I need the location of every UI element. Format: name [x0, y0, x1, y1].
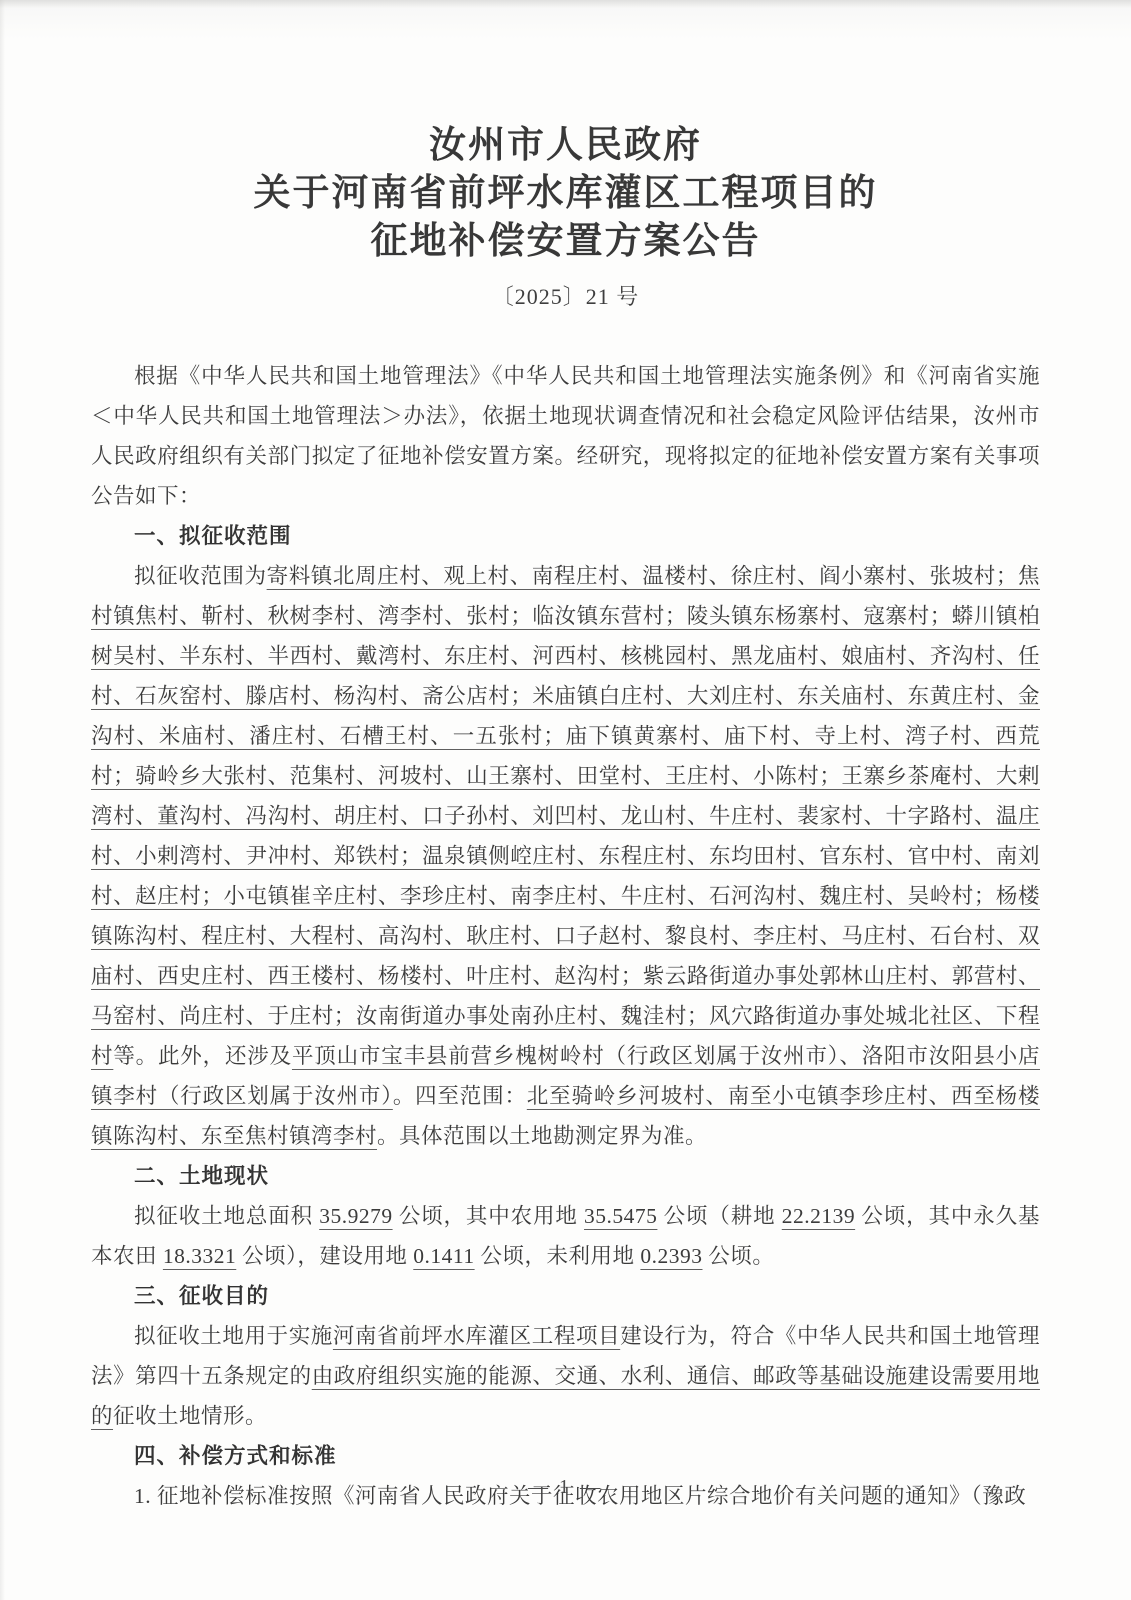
underlined-text: 河南省前坪水库灌区工程项目: [333, 1324, 620, 1348]
text-run: 公顷），建设用地: [236, 1244, 413, 1268]
section-heading: 四、补偿方式和标准: [91, 1436, 1040, 1476]
text-run: 。四至范围：: [393, 1084, 527, 1108]
underlined-text: 寄料镇北周庄村、观上村、南程庄村、温楼村、徐庄村、阎小寨村、张坡村；焦村镇焦村、…: [91, 564, 1040, 1068]
text-run: 公顷（耕地: [657, 1204, 781, 1228]
title-line-subject: 关于河南省前坪水库灌区工程项目的: [91, 170, 1040, 218]
underlined-text: 0.2393: [640, 1244, 702, 1268]
text-run: 征收土地情形。: [113, 1404, 267, 1428]
document-title-block: 汝州市人民政府 关于河南省前坪水库灌区工程项目的 征地补偿安置方案公告 〔202…: [91, 122, 1040, 312]
title-line-notice: 征地补偿安置方案公告: [91, 218, 1040, 266]
text-run: 。具体范围以土地勘测定界为准。: [377, 1124, 707, 1148]
underlined-text: 35.9279: [319, 1204, 392, 1228]
paragraph: 拟征收范围为寄料镇北周庄村、观上村、南程庄村、温楼村、徐庄村、阎小寨村、张坡村；…: [91, 556, 1040, 1156]
text-run: 拟征收土地用于实施: [134, 1324, 333, 1348]
text-run: 等。此外，还涉及: [113, 1044, 292, 1068]
text-run: 根据《中华人民共和国土地管理法》《中华人民共和国土地管理法实施条例》和《河南省实…: [91, 364, 1040, 508]
text-run: 三、征收目的: [134, 1284, 269, 1308]
text-run: 公顷，未利用地: [475, 1244, 641, 1268]
underlined-text: 0.1411: [413, 1244, 474, 1268]
underlined-text: 18.3321: [163, 1244, 236, 1268]
text-run: 四、补偿方式和标准: [134, 1444, 337, 1468]
scan-edge-shadow-top: [0, 0, 1131, 8]
paragraph: 拟征收土地用于实施河南省前坪水库灌区工程项目建设行为，符合《中华人民共和国土地管…: [91, 1316, 1040, 1436]
document-number: 〔2025〕21 号: [91, 282, 1040, 312]
text-run: 二、土地现状: [134, 1164, 269, 1188]
text-run: 拟征收土地总面积: [134, 1204, 319, 1228]
paragraph: 拟征收土地总面积 35.9279 公顷，其中农用地 35.5475 公顷（耕地 …: [91, 1196, 1040, 1276]
underlined-text: 22.2139: [782, 1204, 855, 1228]
underlined-text: 35.5475: [584, 1204, 657, 1228]
scan-edge-shadow-left: [0, 0, 5, 1600]
section-heading: 二、土地现状: [91, 1156, 1040, 1196]
text-run: 拟征收范围为: [134, 564, 267, 588]
paragraph: 根据《中华人民共和国土地管理法》《中华人民共和国土地管理法实施条例》和《河南省实…: [91, 356, 1040, 516]
section-heading: 一、拟征收范围: [91, 516, 1040, 556]
document-body: 根据《中华人民共和国土地管理法》《中华人民共和国土地管理法实施条例》和《河南省实…: [91, 356, 1040, 1516]
section-heading: 三、征收目的: [91, 1276, 1040, 1316]
page-number: — 1 —: [528, 1476, 603, 1498]
title-line-issuer: 汝州市人民政府: [91, 122, 1040, 170]
document-page: 汝州市人民政府 关于河南省前坪水库灌区工程项目的 征地补偿安置方案公告 〔202…: [0, 0, 1131, 1600]
text-run: 一、拟征收范围: [134, 524, 292, 548]
text-run: 公顷。: [703, 1244, 775, 1268]
text-run: 公顷，其中农用地: [393, 1204, 584, 1228]
page-footer: — 1 —: [0, 1476, 1131, 1499]
